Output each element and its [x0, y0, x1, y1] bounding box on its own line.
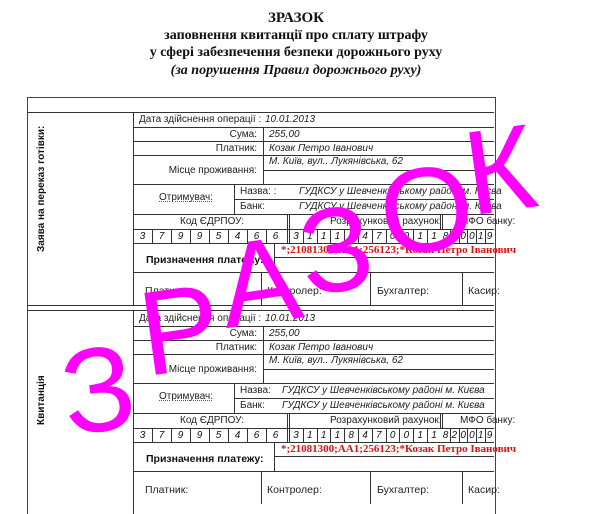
label-purpose: Призначення платежу: — [146, 254, 264, 266]
rule — [152, 428, 153, 442]
rule — [133, 184, 494, 185]
label-residence: Місце проживання: — [133, 364, 257, 376]
account-digit: 1 — [427, 430, 441, 442]
label-sig-controller: Контролер: — [267, 285, 322, 297]
mfo-digit: 9 — [485, 231, 494, 243]
rule — [133, 127, 494, 128]
rule — [372, 229, 373, 243]
edrpou-digit: 6 — [247, 231, 266, 243]
label-sum: Сума: — [133, 129, 257, 141]
doc-subtitle-3: (за порушення Правил дорожнього руху) — [0, 63, 592, 79]
rule — [228, 229, 229, 243]
rule — [171, 229, 172, 243]
rule — [133, 141, 494, 142]
value-payer: Козак Петро Іванович — [269, 143, 373, 155]
label-payer: Платник: — [133, 143, 257, 155]
rule — [133, 340, 494, 341]
edrpou-digit: 6 — [247, 430, 266, 442]
label-edrpou: Код ЄДРПОУ: — [180, 415, 244, 427]
rule — [303, 428, 304, 442]
label-purpose: Призначення платежу: — [146, 453, 264, 465]
account-digit: 0 — [399, 231, 413, 243]
rule — [263, 369, 494, 370]
rule — [459, 428, 460, 442]
rule — [133, 326, 494, 327]
account-digit: 3 — [289, 430, 303, 442]
rule — [133, 471, 494, 472]
value-sum: 255,00 — [269, 129, 300, 141]
rule — [476, 229, 477, 243]
label-name: Назва: — [240, 385, 271, 397]
account-digit: 0 — [399, 430, 413, 442]
rule — [386, 229, 387, 243]
label-residence: Місце проживання: — [133, 165, 257, 177]
label-sig-accountant: Бухгалтер: — [377, 285, 429, 297]
rule — [370, 272, 371, 305]
value-purpose: *;21081300;AA1;256123;*Козак Петро Івано… — [281, 443, 516, 455]
label-account: Розрахунковий рахунок: — [330, 216, 442, 228]
account-digit: 1 — [330, 231, 344, 243]
rule — [261, 471, 262, 504]
doc-subtitle-1: заповнення квитанції про сплату штрафу — [0, 28, 592, 44]
value-recipient-name: ГУДКСУ у Шевченківському районі м. Києва — [282, 385, 485, 397]
rule — [358, 229, 359, 243]
label-sig-cashier: Касир: — [468, 484, 500, 496]
rule — [247, 428, 248, 442]
edrpou-digit: 7 — [152, 231, 171, 243]
mfo-digit: 0 — [467, 231, 476, 243]
account-digit: 1 — [317, 430, 331, 442]
label-payer: Платник: — [133, 342, 257, 354]
rule — [274, 456, 494, 457]
rule — [386, 428, 387, 442]
rule — [133, 383, 494, 384]
mfo-digit: 9 — [485, 430, 494, 442]
edrpou-digit: 6 — [266, 430, 285, 442]
rule — [344, 428, 345, 442]
rule — [317, 229, 318, 243]
label-name: Назва: : — [240, 186, 276, 198]
account-digit: 1 — [413, 231, 427, 243]
rule — [485, 428, 486, 442]
label-bank: Банк: — [240, 400, 265, 412]
rule — [344, 229, 345, 243]
label-sig-accountant: Бухгалтер: — [377, 484, 429, 496]
rule — [459, 229, 460, 243]
side-label: Квитанція — [36, 375, 47, 425]
rule — [358, 428, 359, 442]
rule — [399, 428, 400, 442]
account-digit: 3 — [289, 231, 303, 243]
rule — [261, 272, 262, 305]
edrpou-digit: 9 — [190, 231, 209, 243]
label-sum: Сума: — [133, 328, 257, 340]
label-recipient: Отримувач: — [159, 391, 213, 403]
rule — [317, 428, 318, 442]
rule — [413, 428, 414, 442]
rule — [442, 413, 443, 428]
label-date: Дата здійснення операції : — [139, 114, 261, 126]
mfo-digit: 1 — [476, 231, 485, 243]
rule — [442, 214, 443, 229]
label-sig-payer: Платник: — [145, 484, 188, 496]
edrpou-digit: 9 — [171, 430, 190, 442]
account-digit: 0 — [386, 231, 400, 243]
label-sig-payer: Платник: — [145, 285, 188, 297]
rule — [467, 428, 468, 442]
value-date: 10.01.2013 — [265, 114, 315, 126]
account-digit: 1 — [303, 430, 317, 442]
rule — [413, 229, 414, 243]
account-digit: 7 — [372, 430, 386, 442]
rule — [467, 229, 468, 243]
label-recipient: Отримувач: — [159, 192, 213, 204]
rule — [274, 257, 494, 258]
rule — [234, 398, 494, 399]
rule — [330, 428, 331, 442]
rule — [152, 229, 153, 243]
rule — [247, 229, 248, 243]
rule — [228, 428, 229, 442]
doc-title: ЗРАЗОК — [0, 10, 592, 27]
rule — [372, 428, 373, 442]
rule — [133, 428, 494, 429]
value-address: М. Київ, вул.. Лукянівська, 62 — [269, 355, 403, 367]
value-payer: Козак Петро Іванович — [269, 342, 373, 354]
label-mfo: МФО банку: — [460, 415, 515, 427]
edrpou-digit: 3 — [133, 430, 152, 442]
account-digit: 1 — [330, 430, 344, 442]
account-digit: 0 — [386, 430, 400, 442]
value-sum: 255,00 — [269, 328, 300, 340]
label-mfo: МФО банку: — [460, 216, 515, 228]
account-digit: 4 — [358, 231, 372, 243]
rule — [171, 428, 172, 442]
mfo-digit: 8 — [441, 231, 450, 243]
edrpou-digit: 5 — [209, 231, 228, 243]
account-digit: 7 — [372, 231, 386, 243]
rule — [427, 229, 428, 243]
edrpou-digit: 6 — [266, 231, 285, 243]
header-row-line — [27, 112, 494, 113]
label-edrpou: Код ЄДРПОУ: — [180, 216, 244, 228]
edrpou-digit: 4 — [228, 430, 247, 442]
mfo-digit: 0 — [459, 231, 468, 243]
mfo-digit: 0 — [459, 430, 468, 442]
edrpou-digit: 9 — [171, 231, 190, 243]
label-sig-controller: Контролер: — [267, 484, 322, 496]
section-separator — [27, 310, 494, 311]
rule — [330, 229, 331, 243]
section-separator — [27, 305, 494, 306]
label-date: Дата здійснення операції : — [139, 313, 261, 325]
rule — [133, 272, 494, 273]
rule — [303, 229, 304, 243]
value-recipient-name: ГУДКСУ у Шевченківському районі м. Києва — [299, 186, 502, 198]
label-bank: Банк: — [240, 201, 265, 213]
value-purpose: *;21081300;AA1;256123;*Козак Петро Івано… — [281, 244, 516, 256]
edrpou-digit: 5 — [209, 430, 228, 442]
account-digit: 4 — [358, 430, 372, 442]
label-sig-cashier: Касир: — [468, 285, 500, 297]
side-label: Заява на переказ готівки: — [36, 126, 47, 252]
rule — [190, 229, 191, 243]
rule — [263, 170, 494, 171]
rule — [133, 229, 494, 230]
account-digit: 8 — [344, 430, 358, 442]
rule — [209, 428, 210, 442]
rule — [427, 428, 428, 442]
value-recipient-bank: ГУДКСУ у Шевченківському районі м. Києва — [282, 400, 485, 412]
rule — [462, 272, 463, 305]
account-digit: 1 — [317, 231, 331, 243]
rule — [399, 229, 400, 243]
rule — [485, 229, 486, 243]
rule — [266, 428, 267, 442]
mfo-digit: 2 — [450, 231, 459, 243]
rule — [190, 428, 191, 442]
label-account: Розрахунковий рахунок: — [330, 415, 442, 427]
rule — [440, 214, 441, 229]
rule — [370, 471, 371, 504]
edrpou-digit: 7 — [152, 430, 171, 442]
rule — [234, 199, 494, 200]
rule — [440, 413, 441, 428]
mfo-digit: 2 — [450, 430, 459, 442]
edrpou-digit: 4 — [228, 231, 247, 243]
mfo-digit: 8 — [441, 430, 450, 442]
account-digit: 1 — [303, 231, 317, 243]
mfo-digit: 0 — [467, 430, 476, 442]
mfo-digit: 1 — [476, 430, 485, 442]
rule — [266, 229, 267, 243]
rule — [209, 229, 210, 243]
value-recipient-bank: ГУДКСУ у Шевченківському районі м. Києва — [299, 201, 502, 213]
account-digit: 1 — [427, 231, 441, 243]
edrpou-digit: 3 — [133, 231, 152, 243]
rule — [476, 428, 477, 442]
value-address: М. Київ, вул.. Лукянівська, 62 — [269, 156, 403, 168]
edrpou-digit: 9 — [190, 430, 209, 442]
account-digit: 8 — [344, 231, 358, 243]
account-digit: 1 — [413, 430, 427, 442]
rule — [450, 428, 451, 442]
rule — [462, 471, 463, 504]
doc-subtitle-2: у сфері забезпечення безпеки дорожнього … — [0, 45, 592, 61]
value-date: 10.01.2013 — [265, 313, 315, 325]
rule — [450, 229, 451, 243]
